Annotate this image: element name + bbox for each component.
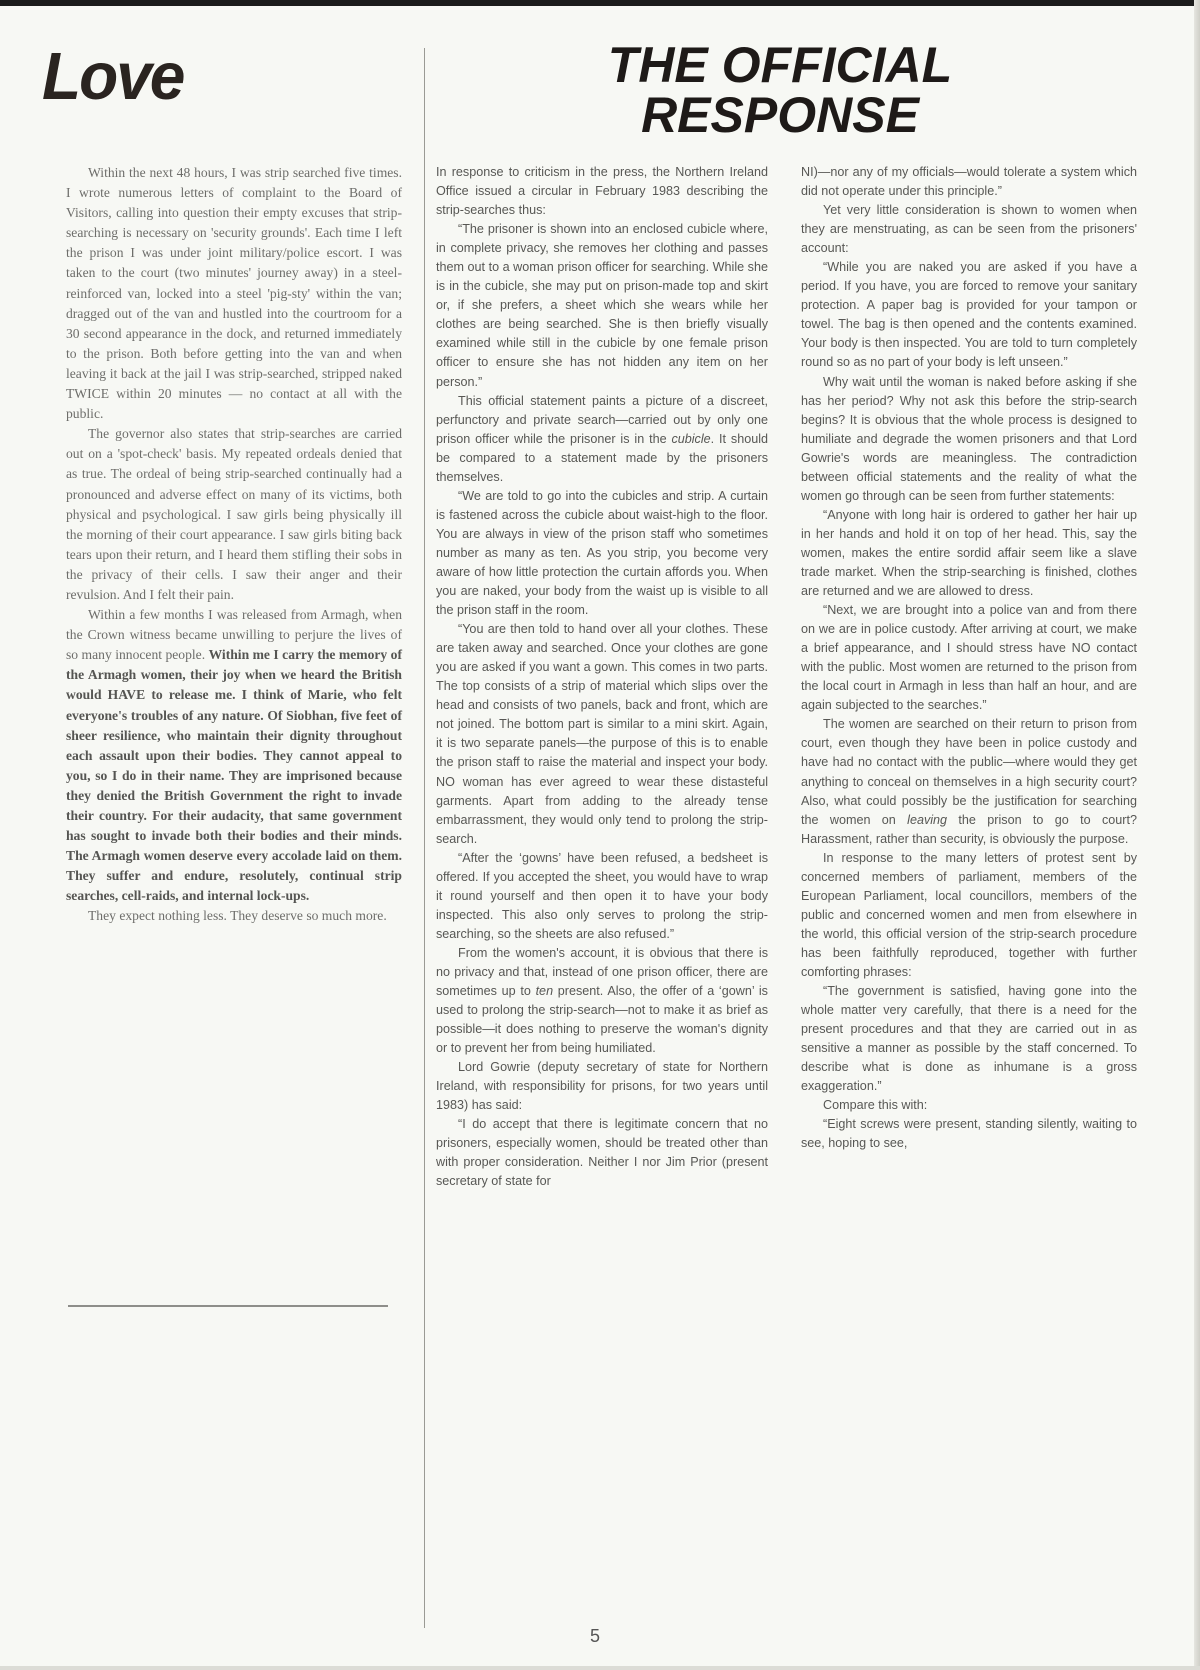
article-paragraph: Compare this with: [801, 1096, 1137, 1115]
article-title-line-1: THE OFFICIAL [608, 37, 952, 93]
article-paragraph: The women are searched on their return t… [801, 715, 1137, 848]
left-paragraph: The governor also states that strip-sear… [66, 424, 402, 605]
middle-column: In response to criticism in the press, t… [436, 163, 768, 1192]
column-divider [424, 48, 425, 1628]
article-paragraph: In response to criticism in the press, t… [436, 163, 768, 220]
left-paragraph: Within the next 48 hours, I was strip se… [66, 163, 402, 424]
love-section-title: Love [42, 42, 183, 109]
article-paragraph: Why wait until the woman is naked before… [801, 373, 1137, 506]
emphasis: ten [536, 984, 554, 998]
article-quote: “Next, we are brought into a police van … [801, 601, 1137, 715]
left-paragraph-bold: Within me I carry the memory of the Arma… [66, 647, 402, 903]
article-quote: “After the ‘gowns’ have been refused, a … [436, 849, 768, 944]
left-column: Within the next 48 hours, I was strip se… [66, 163, 402, 927]
page-bottom-edge [0, 1666, 1200, 1670]
article-paragraph: Yet very little consideration is shown t… [801, 201, 1137, 258]
article-quote: “We are told to go into the cubicles and… [436, 487, 768, 620]
article-quote: “You are then told to hand over all your… [436, 620, 768, 849]
article-quote: “I do accept that there is legitimate co… [436, 1115, 768, 1191]
article-paragraph: This official statement paints a picture… [436, 392, 768, 487]
emphasis: leaving [907, 813, 947, 827]
left-paragraph: Within a few months I was released from … [66, 605, 402, 906]
left-closing-paragraph: They expect nothing less. They deserve s… [66, 906, 402, 926]
article-title: THE OFFICIAL RESPONSE [540, 40, 1020, 140]
end-of-section-rule [68, 1305, 388, 1307]
page-number: 5 [590, 1626, 600, 1647]
article-title-line-2: RESPONSE [641, 87, 919, 143]
article-quote: “The prisoner is shown into an enclosed … [436, 220, 768, 391]
article-quote: NI)—nor any of my officials—would tolera… [801, 163, 1137, 201]
text-run: The women are searched on their return t… [801, 717, 1137, 826]
article-quote: “Anyone with long hair is ordered to gat… [801, 506, 1137, 601]
page-right-edge [1194, 0, 1200, 1670]
right-column: NI)—nor any of my officials—would tolera… [801, 163, 1137, 1153]
article-paragraph: In response to the many letters of prote… [801, 849, 1137, 982]
article-paragraph: Lord Gowrie (deputy secretary of state f… [436, 1058, 768, 1115]
page-top-edge [0, 0, 1200, 6]
emphasis: cubicle [671, 432, 710, 446]
article-paragraph: From the women's account, it is obvious … [436, 944, 768, 1058]
article-quote: “While you are naked you are asked if yo… [801, 258, 1137, 372]
article-quote: “Eight screws were present, standing sil… [801, 1115, 1137, 1153]
article-quote: “The government is satisfied, having gon… [801, 982, 1137, 1096]
